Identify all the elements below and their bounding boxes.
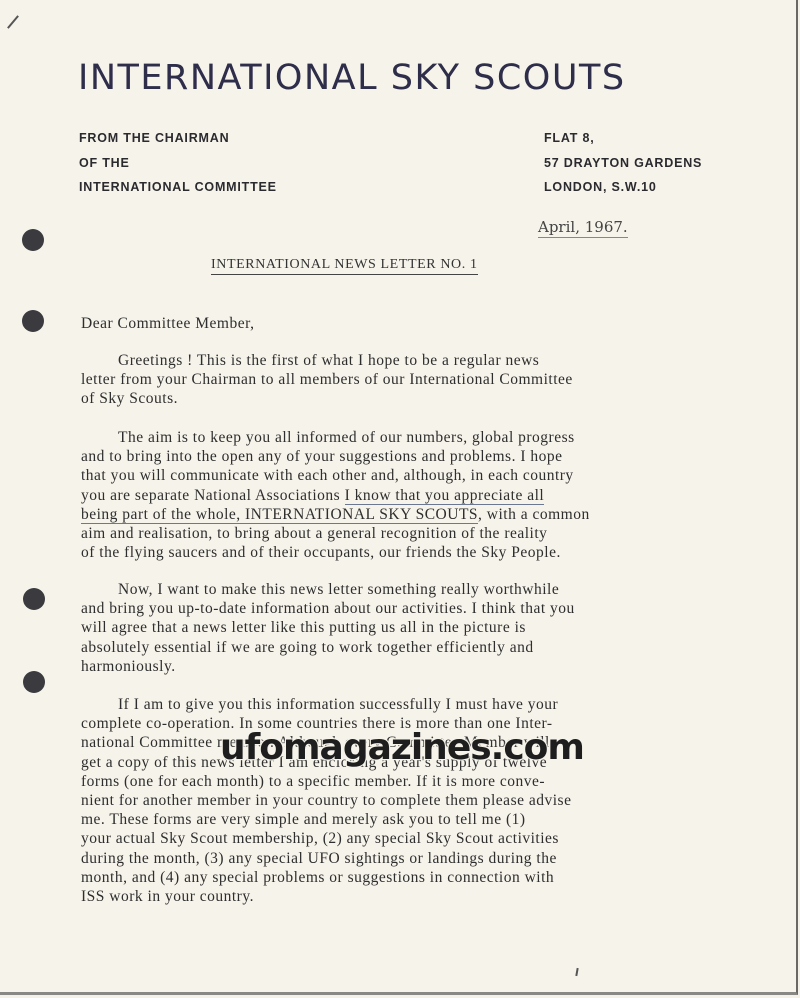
paragraph-line: absolutely essential if we are going to …: [81, 638, 721, 657]
paragraph-line: during the month, (3) any special UFO si…: [81, 849, 721, 868]
address-line: LONDON, S.W.10: [544, 175, 702, 200]
paragraph-line: being part of the whole, INTERNATIONAL S…: [81, 505, 721, 524]
address-line: FLAT 8,: [544, 126, 702, 151]
paragraph-line: ISS work in your country.: [81, 887, 721, 906]
paragraph-line: nient for another member in your country…: [81, 791, 721, 810]
punch-hole-icon: [23, 671, 45, 693]
address-block: FLAT 8, 57 DRAYTON GARDENS LONDON, S.W.1…: [544, 126, 702, 200]
pen-tick-mark: [7, 15, 19, 29]
paragraph-line: of the flying saucers and of their occup…: [81, 543, 721, 562]
salutation-text: Dear Committee Member,: [81, 314, 721, 333]
letter-page: INTERNATIONAL SKY SCOUTS FROM THE CHAIRM…: [0, 0, 798, 995]
punch-hole-icon: [22, 229, 44, 251]
paragraph-line: month, and (4) any special problems or s…: [81, 868, 721, 887]
paragraph-line: of Sky Scouts.: [81, 389, 721, 408]
plain-text: , with a common: [478, 506, 590, 523]
paragraph-line: you are separate National Associations I…: [81, 486, 721, 505]
paragraph-line: Now, I want to make this news letter som…: [81, 580, 721, 599]
paragraph-greetings: Greetings ! This is the first of what I …: [81, 351, 721, 409]
paragraph-aim: The aim is to keep you all informed of o…: [81, 428, 721, 562]
sender-line: OF THE: [79, 151, 277, 176]
pen-underlined-text: being part of the whole, INTERNATIONAL S…: [81, 506, 478, 524]
address-line: 57 DRAYTON GARDENS: [544, 151, 702, 176]
paragraph-line: and to bring into the open any of your s…: [81, 447, 721, 466]
sender-line: FROM THE CHAIRMAN: [79, 126, 277, 151]
sender-block: FROM THE CHAIRMAN OF THE INTERNATIONAL C…: [79, 126, 277, 200]
sender-line: INTERNATIONAL COMMITTEE: [79, 175, 277, 200]
pen-underlined-text: I know that you appreciate all: [345, 487, 545, 505]
paragraph-line: that you will communicate with each othe…: [81, 466, 721, 485]
punch-hole-icon: [23, 588, 45, 610]
newsletter-title: INTERNATIONAL NEWS LETTER NO. 1: [211, 257, 478, 275]
paragraph-line: Greetings ! This is the first of what I …: [81, 351, 721, 370]
paragraph-line: harmoniously.: [81, 657, 721, 676]
paragraph-line: The aim is to keep you all informed of o…: [81, 428, 721, 447]
paragraph-line: aim and realisation, to bring about a ge…: [81, 524, 721, 543]
stray-pen-mark: [575, 968, 578, 976]
paragraph-line: forms (one for each month) to a specific…: [81, 772, 721, 791]
paragraph-line: your actual Sky Scout membership, (2) an…: [81, 829, 721, 848]
punch-hole-icon: [22, 310, 44, 332]
site-watermark: ufomagazines.com: [220, 727, 584, 768]
organization-masthead: INTERNATIONAL SKY SCOUTS: [78, 58, 626, 98]
paragraph-line: If I am to give you this information suc…: [81, 695, 721, 714]
paragraph-line: letter from your Chairman to all members…: [81, 370, 721, 389]
paragraph-line: me. These forms are very simple and mere…: [81, 810, 721, 829]
salutation: Dear Committee Member,: [81, 314, 721, 333]
paragraph-worthwhile: Now, I want to make this news letter som…: [81, 580, 721, 676]
paragraph-line: and bring you up-to-date information abo…: [81, 599, 721, 618]
plain-text: you are separate National Associations: [81, 487, 345, 504]
letter-date: April, 1967.: [538, 218, 628, 238]
paragraph-line: will agree that a news letter like this …: [81, 618, 721, 637]
